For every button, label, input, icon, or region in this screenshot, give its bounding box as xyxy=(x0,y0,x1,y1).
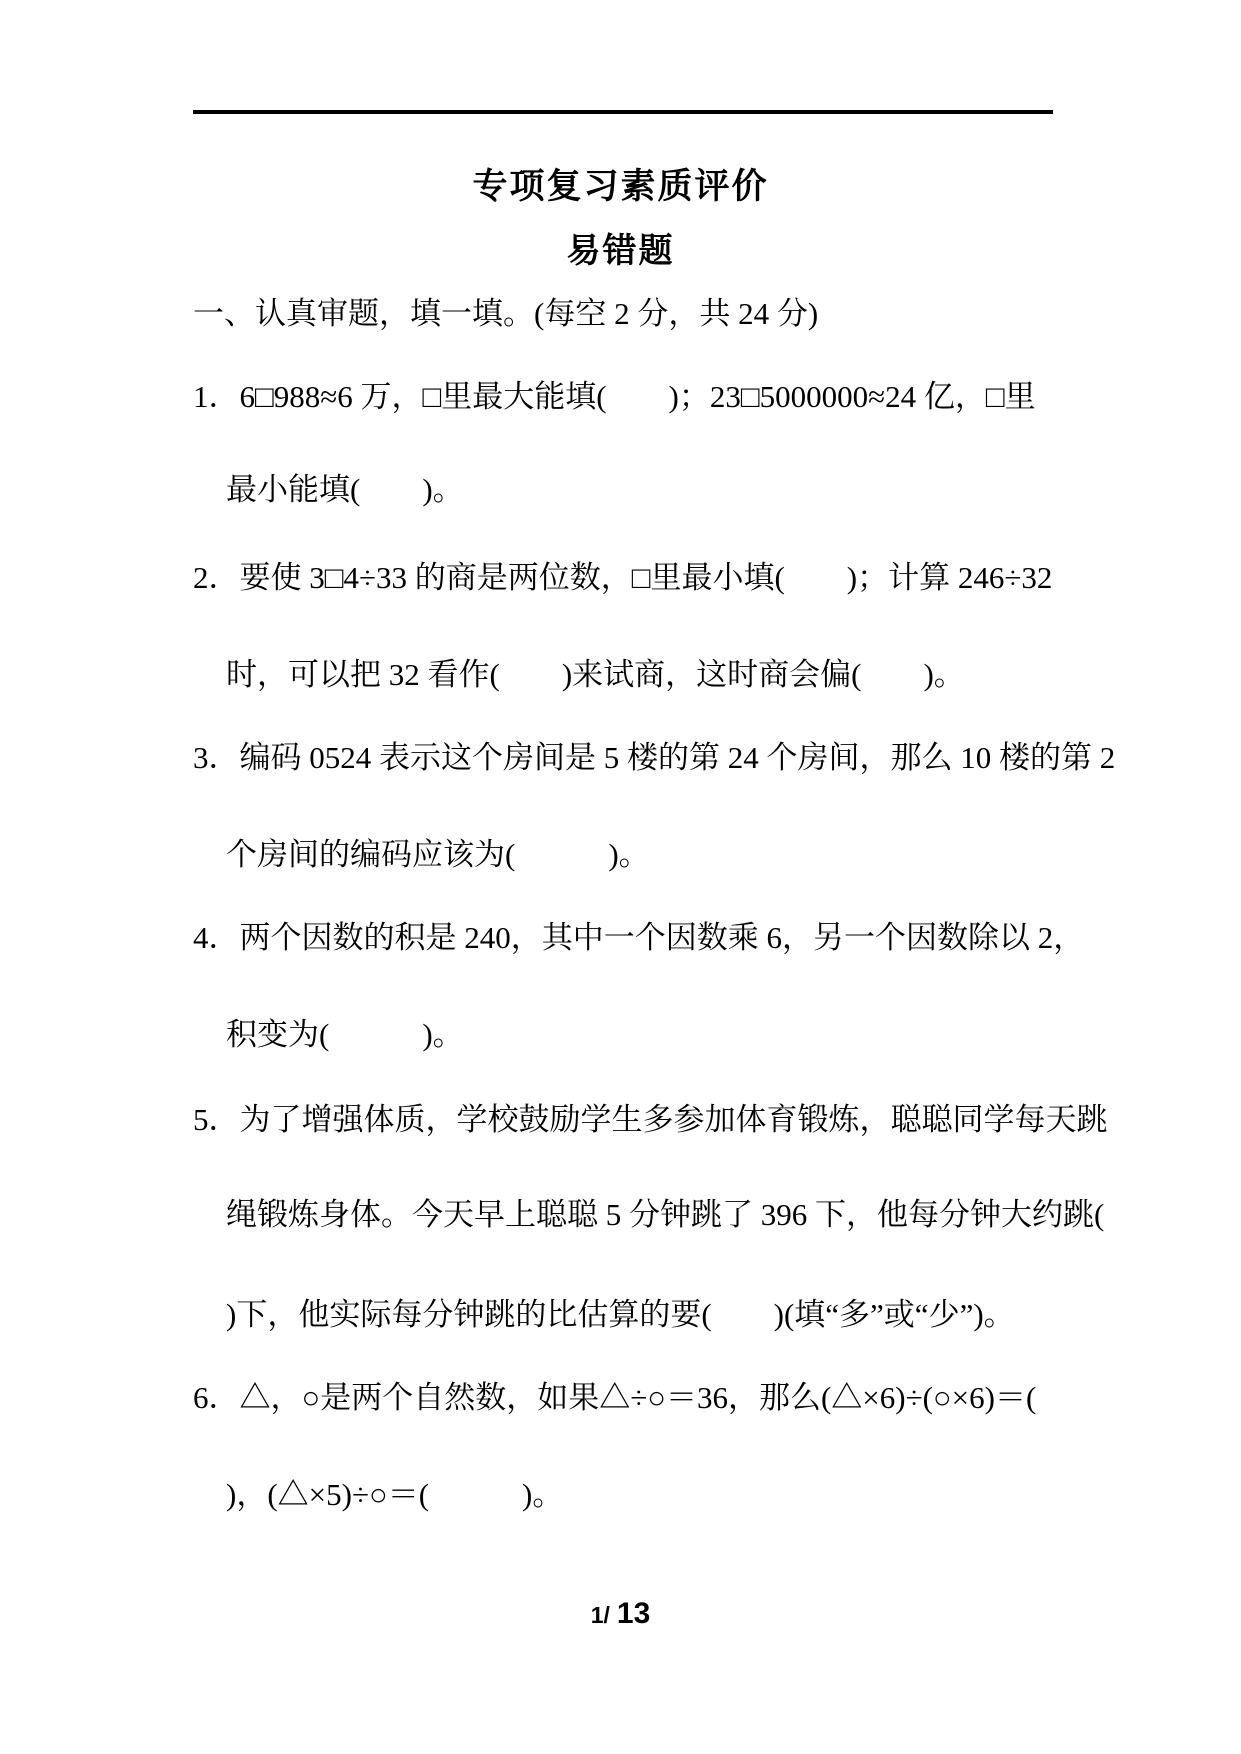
question-6-line-1: 6．△，○是两个自然数，如果△÷○＝36，那么(△×6)÷(○×6)＝( xyxy=(193,1378,1036,1418)
page-title: 专项复习素质评价 xyxy=(0,167,1241,207)
question-5-line-2: 绳锻炼身体。今天早上聪聪 5 分钟跳了 396 下，他每分钟大约跳( xyxy=(226,1195,1104,1235)
question-4-line-2: 积变为( )。 xyxy=(226,1015,464,1055)
question-2-line-2: 时，可以把 32 看作( )来试商，这时商会偏( )。 xyxy=(226,655,965,695)
question-1-line-1: 1．6□988≈6 万，□里最大能填( )；23□5000000≈24 亿，□里 xyxy=(193,377,1036,417)
question-6-line-2: )，(△×5)÷○＝( )。 xyxy=(226,1475,563,1515)
question-5-line-3: )下，他实际每分钟跳的比估算的要( )(填“多”或“少”)。 xyxy=(226,1295,1015,1335)
page-number-current: 1/ xyxy=(591,1602,610,1629)
question-3-line-2: 个房间的编码应该为( )。 xyxy=(226,835,650,875)
question-2-line-1: 2．要使 3□4÷33 的商是两位数，□里最小填( )；计算 246÷32 xyxy=(193,558,1052,598)
worksheet-page: 专项复习素质评价 易错题 一、认真审题，填一填。(每空 2 分，共 24 分) … xyxy=(0,0,1241,1754)
section-header: 一、认真审题，填一填。(每空 2 分，共 24 分) xyxy=(193,294,818,334)
question-3-line-1: 3．编码 0524 表示这个房间是 5 楼的第 24 个房间，那么 10 楼的第… xyxy=(193,738,1115,778)
page-number-total: 13 xyxy=(617,1597,650,1631)
header-rule xyxy=(193,110,1053,114)
question-5-line-1: 5．为了增强体质，学校鼓励学生多参加体育锻炼，聪聪同学每天跳 xyxy=(193,1100,1108,1140)
question-1-line-2: 最小能填( )。 xyxy=(226,470,464,510)
page-subtitle: 易错题 xyxy=(0,231,1241,271)
page-footer: 1/ 13 xyxy=(0,1597,1241,1631)
question-4-line-1: 4．两个因数的积是 240，其中一个因数乘 6，另一个因数除以 2， xyxy=(193,918,1084,958)
